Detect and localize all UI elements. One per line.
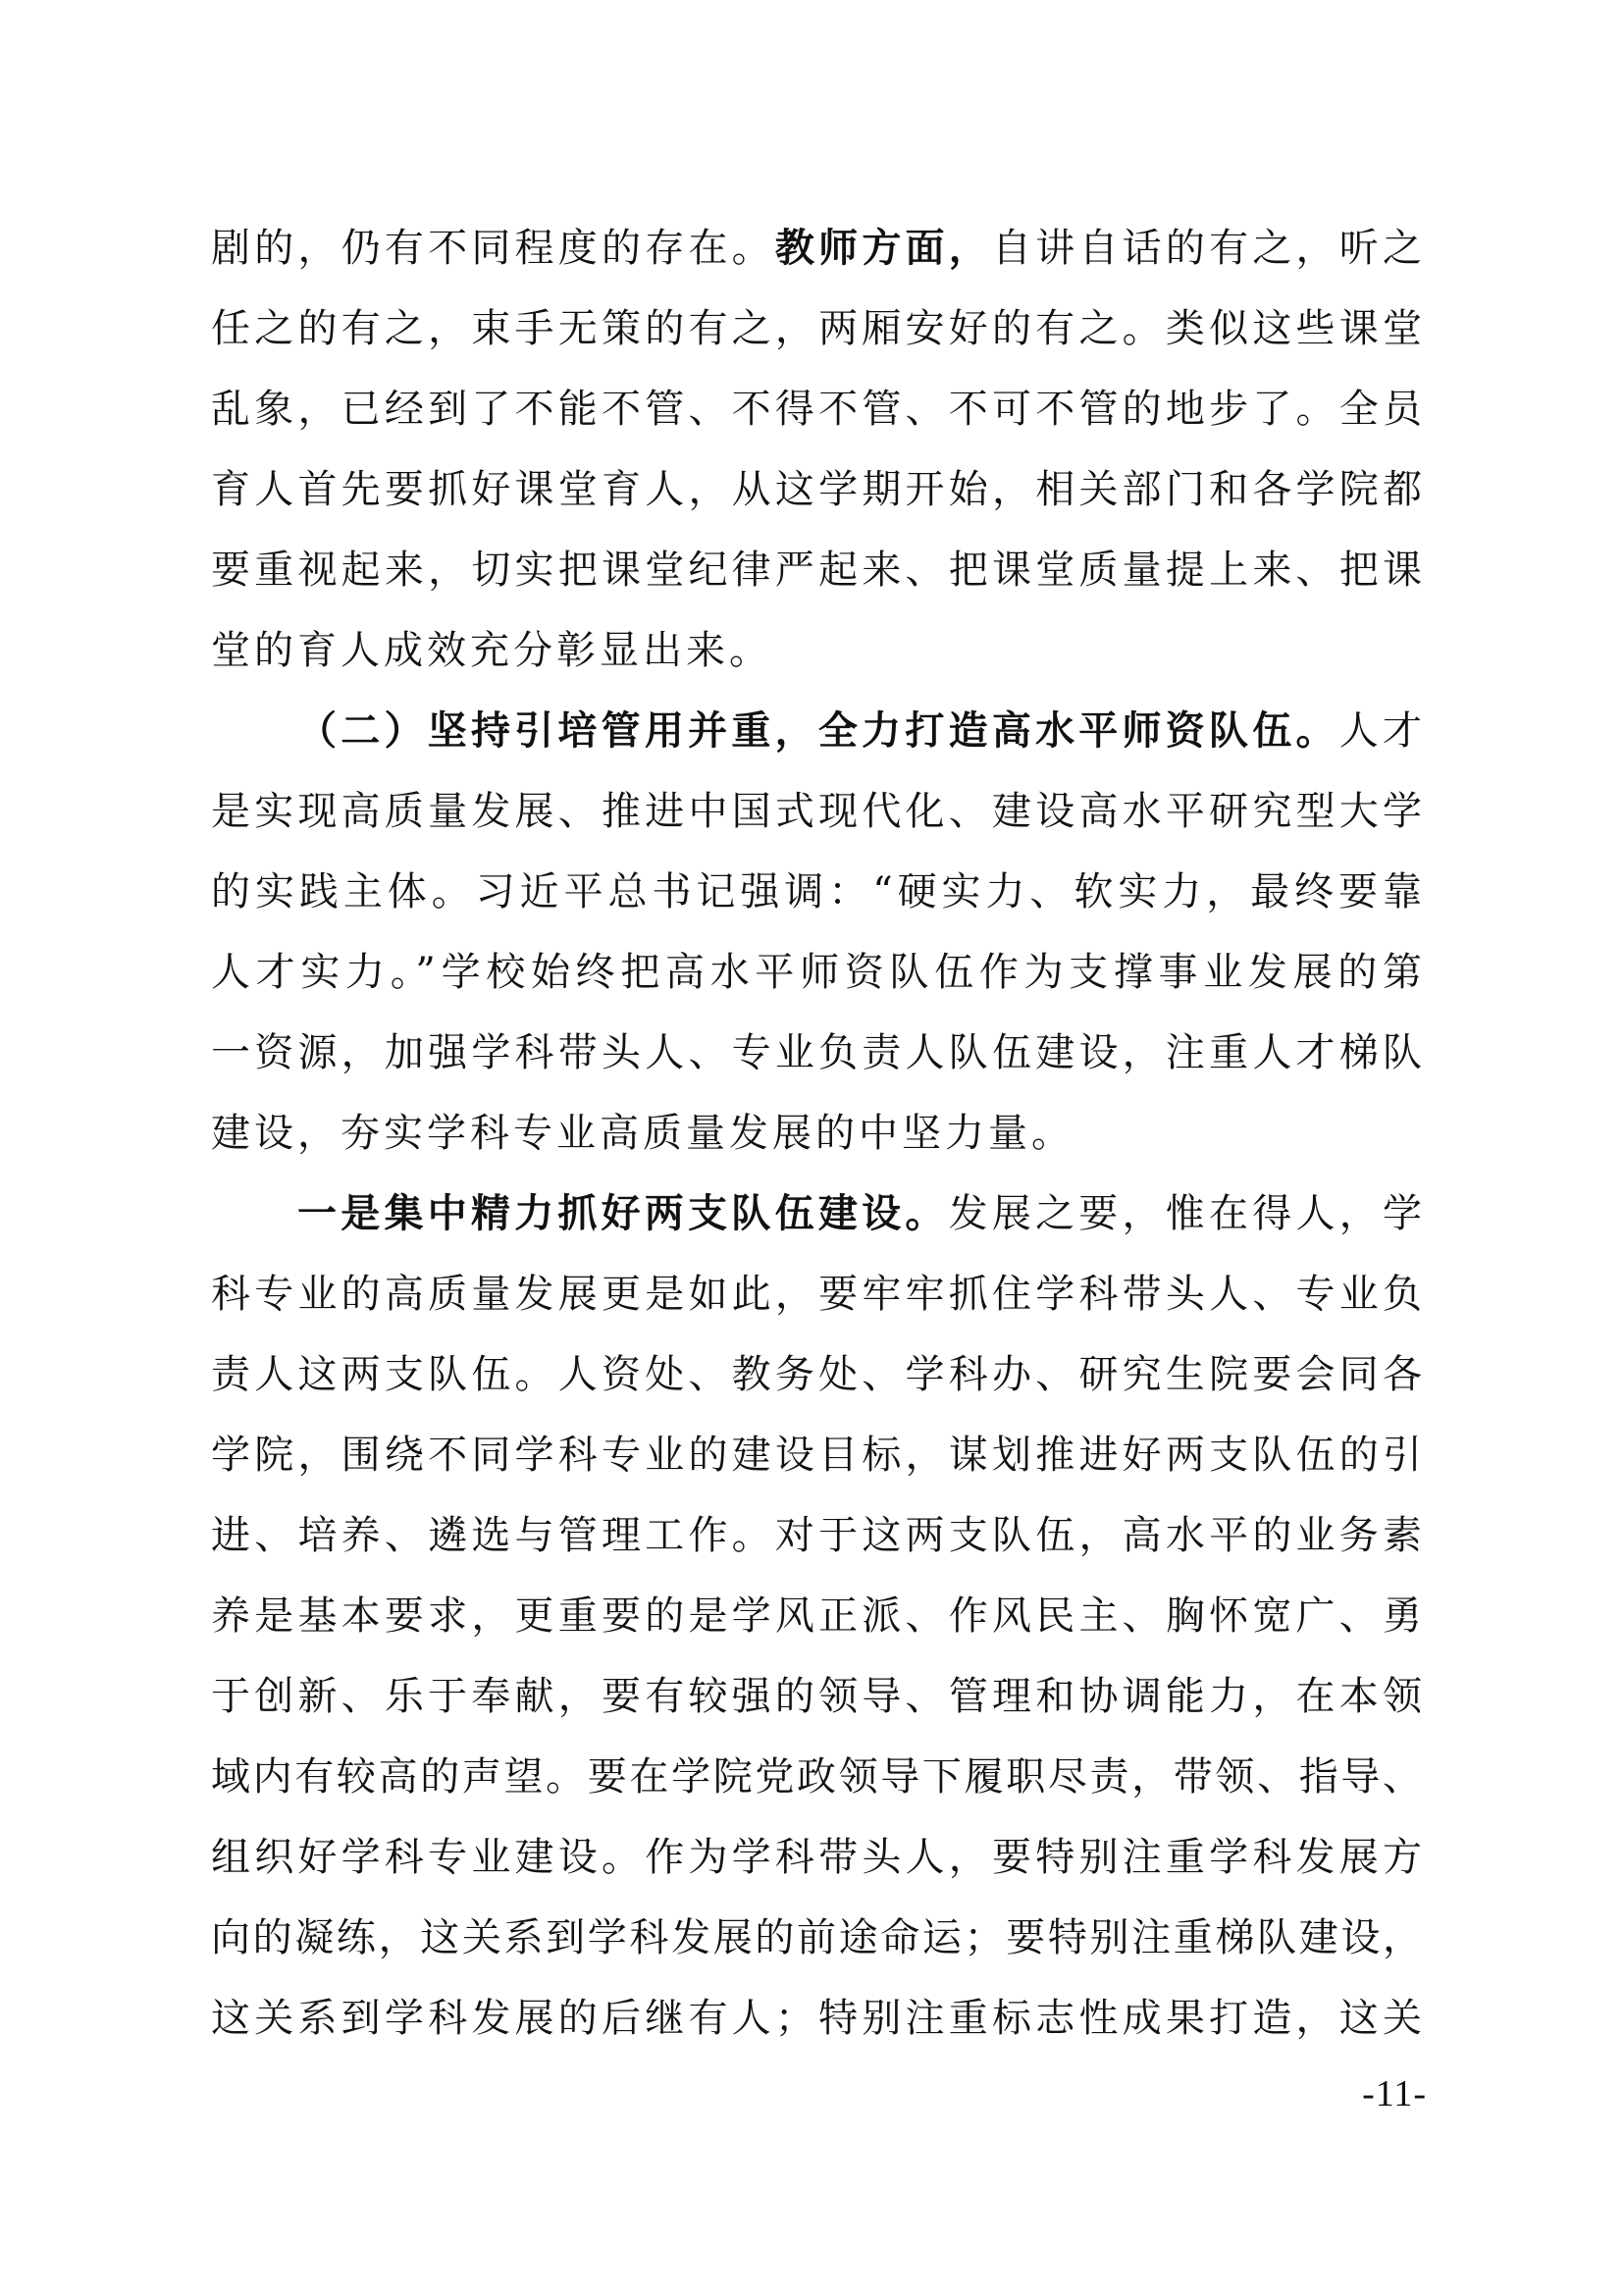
body-text: 剧的，仍有不同程度的存在。教师方面，自讲自话的有之，听之任之的有之，束手无策的有…: [211, 220, 1422, 2070]
text-segment: 发展之要，惟在得人，学: [949, 1191, 1422, 1236]
text-segment: 域内有较高的声望。要在学院党政领导下履职尽责，带领、指导、: [211, 1754, 1422, 1800]
text-line: 堂的育人成效充分彰显出来。: [211, 622, 1422, 703]
text-segment: 于创新、乐于奉献，要有较强的领导、管理和协调能力，在本领: [211, 1674, 1422, 1719]
text-line: 这关系到学科发展的后继有人；特别注重标志性成果打造，这关: [211, 1990, 1422, 2070]
text-segment: 是实现高质量发展、推进中国式现代化、建设高水平研究型大学: [211, 789, 1422, 834]
text-line: 育人首先要抓好课堂育人，从这学期开始，相关部门和各学院都: [211, 461, 1422, 542]
text-segment: 责人这两支队伍。人资处、教务处、学科办、研究生院要会同各: [211, 1352, 1422, 1397]
text-line: 于创新、乐于奉献，要有较强的领导、管理和协调能力，在本领: [211, 1668, 1422, 1748]
text-line: 人才实力。”学校始终把高水平师资队伍作为支撑事业发展的第: [211, 944, 1422, 1024]
text-segment: 学院，围绕不同学科专业的建设目标，谋划推进好两支队伍的引: [211, 1433, 1422, 1478]
bold-text-segment: 教师方面，: [775, 225, 992, 271]
text-segment: 的实践主体。习近平总书记强调：“硬实力、软实力，最终要靠: [211, 869, 1422, 914]
text-line: 任之的有之，束手无策的有之，两厢安好的有之。类似这些课堂: [211, 300, 1422, 381]
text-line: 科专业的高质量发展更是如此，要牢牢抓住学科带头人、专业负: [211, 1266, 1422, 1346]
text-segment: 组织好学科专业建设。作为学科带头人，要特别注重学科发展方: [211, 1835, 1422, 1880]
text-line: 学院，围绕不同学科专业的建设目标，谋划推进好两支队伍的引: [211, 1427, 1422, 1507]
text-line: 要重视起来，切实把课堂纪律严起来、把课堂质量提上来、把课: [211, 542, 1422, 622]
text-segment: 乱象，已经到了不能不管、不得不管、不可不管的地步了。全员: [211, 387, 1422, 432]
bold-text-segment: （二）坚持引培管用并重，全力打造高水平师资队伍。: [297, 707, 1339, 754]
text-line: 是实现高质量发展、推进中国式现代化、建设高水平研究型大学: [211, 783, 1422, 863]
text-segment: 一资源，加强学科带头人、专业负责人队伍建设，注重人才梯队: [211, 1030, 1422, 1075]
text-line: 向的凝练，这关系到学科发展的前途命运；要特别注重梯队建设，: [211, 1909, 1422, 1990]
text-segment: 这关系到学科发展的后继有人；特别注重标志性成果打造，这关: [211, 1996, 1422, 2041]
page-number: -11-: [1336, 2072, 1427, 2115]
text-line: （二）坚持引培管用并重，全力打造高水平师资队伍。人才: [211, 703, 1422, 783]
text-line: 责人这两支队伍。人资处、教务处、学科办、研究生院要会同各: [211, 1346, 1422, 1427]
text-line: 剧的，仍有不同程度的存在。教师方面，自讲自话的有之，听之: [211, 220, 1422, 300]
text-line: 一是集中精力抓好两支队伍建设。发展之要，惟在得人，学: [211, 1185, 1422, 1266]
text-line: 乱象，已经到了不能不管、不得不管、不可不管的地步了。全员: [211, 381, 1422, 461]
text-line: 域内有较高的声望。要在学院党政领导下履职尽责，带领、指导、: [211, 1748, 1422, 1829]
text-segment: 剧的，仍有不同程度的存在。: [211, 226, 775, 271]
text-line: 的实践主体。习近平总书记强调：“硬实力、软实力，最终要靠: [211, 863, 1422, 944]
text-segment: 任之的有之，束手无策的有之，两厢安好的有之。类似这些课堂: [211, 306, 1422, 351]
text-line: 建设，夯实学科专业高质量发展的中坚力量。: [211, 1105, 1422, 1185]
text-line: 进、培养、遴选与管理工作。对于这两支队伍，高水平的业务素: [211, 1507, 1422, 1588]
text-segment: 堂的育人成效充分彰显出来。: [211, 628, 772, 673]
text-line: 养是基本要求，更重要的是学风正派、作风民主、胸怀宽广、勇: [211, 1588, 1422, 1668]
text-segment: 科专业的高质量发展更是如此，要牢牢抓住学科带头人、专业负: [211, 1272, 1422, 1317]
text-segment: 向的凝练，这关系到学科发展的前途命运；要特别注重梯队建设，: [211, 1915, 1422, 1960]
text-segment: 要重视起来，切实把课堂纪律严起来、把课堂质量提上来、把课: [211, 548, 1422, 593]
text-line: 一资源，加强学科带头人、专业负责人队伍建设，注重人才梯队: [211, 1024, 1422, 1105]
document-page: 剧的，仍有不同程度的存在。教师方面，自讲自话的有之，听之任之的有之，束手无策的有…: [0, 0, 1624, 2296]
text-line: 组织好学科专业建设。作为学科带头人，要特别注重学科发展方: [211, 1829, 1422, 1909]
text-segment: 自讲自话的有之，听之: [992, 226, 1422, 271]
text-segment: 养是基本要求，更重要的是学风正派、作风民主、胸怀宽广、勇: [211, 1593, 1422, 1639]
bold-text-segment: 一是集中精力抓好两支队伍建设。: [297, 1190, 949, 1236]
text-segment: 育人首先要抓好课堂育人，从这学期开始，相关部门和各学院都: [211, 467, 1422, 512]
text-segment: 建设，夯实学科专业高质量发展的中坚力量。: [211, 1111, 1074, 1156]
text-segment: 进、培养、遴选与管理工作。对于这两支队伍，高水平的业务素: [211, 1513, 1422, 1558]
text-segment: 人才实力。”学校始终把高水平师资队伍作为支撑事业发展的第: [211, 950, 1422, 995]
text-segment: 人才: [1339, 708, 1422, 754]
